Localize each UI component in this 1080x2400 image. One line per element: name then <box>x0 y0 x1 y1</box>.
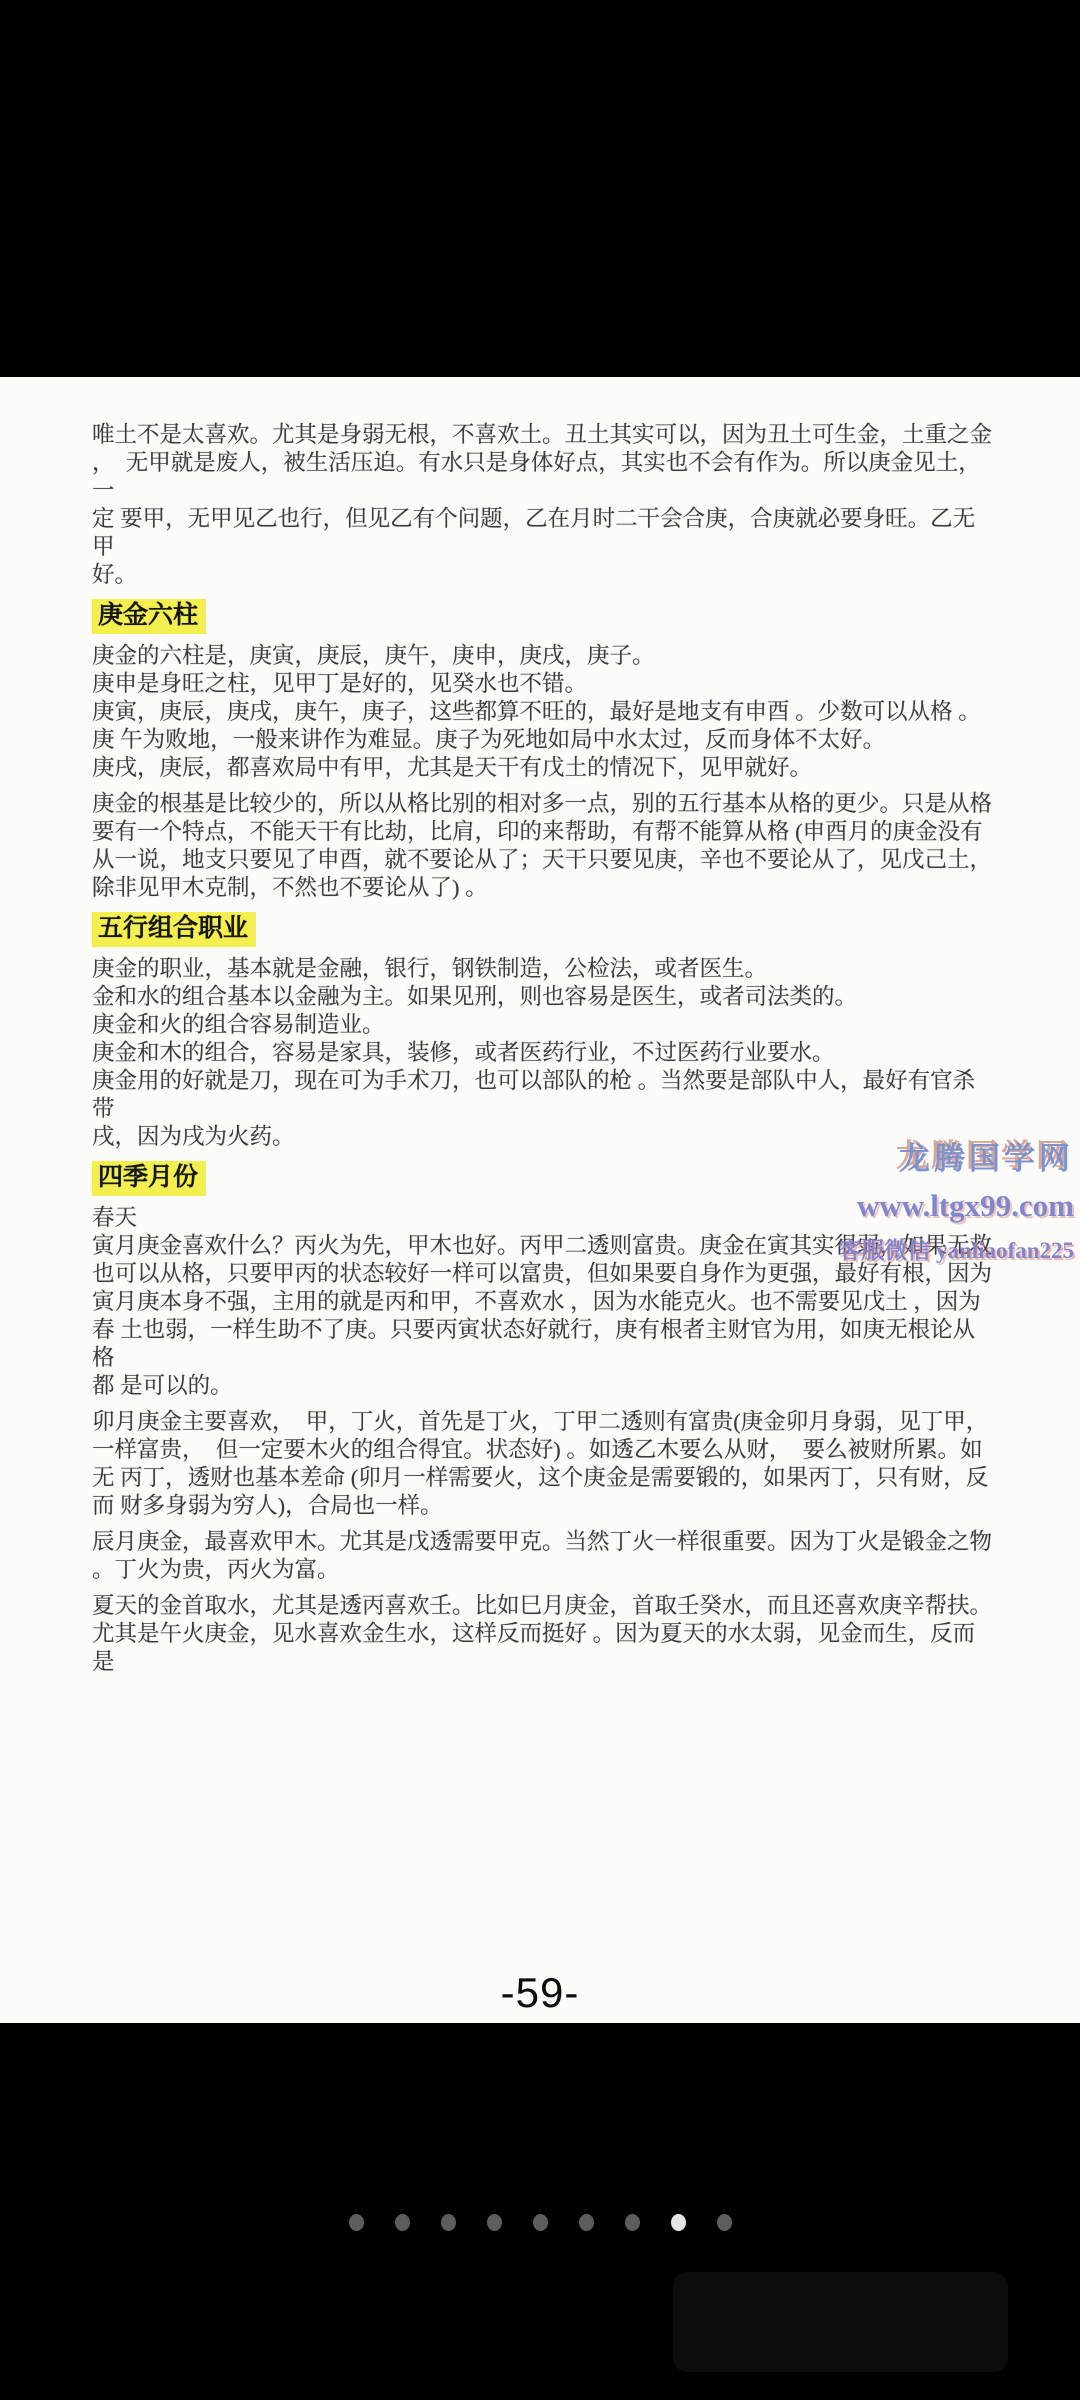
page-indicator <box>0 2214 1080 2231</box>
text-line: 唯土不是太喜欢。尤其是身弱无根，不喜欢土。丑土其实可以，因为丑土可生金，土重之金 <box>92 421 992 449</box>
text-line: 夏天的金首取水，尤其是透丙喜欢壬。比如巳月庚金，首取壬癸水，而且还喜欢庚辛帮扶。 <box>92 1592 992 1620</box>
page-dot[interactable] <box>395 2214 410 2231</box>
text-line: 从一说，地支只要见了申酉，就不要论从了；天干只要见庚，辛也不要论从了，见戊己土， <box>92 846 992 874</box>
text-line: 庚金的根基是比较少的，所以从格比别的相对多一点，别的五行基本从格的更少。只是从格 <box>92 790 992 818</box>
document-page: 唯土不是太喜欢。尤其是身弱无根，不喜欢土。丑土其实可以，因为丑土可生金，土重之金… <box>0 377 1080 2023</box>
text-line: 除非见甲木克制，不然也不要论从了) 。 <box>92 874 992 902</box>
text-line: 也可以从格，只要甲丙的状态较好一样可以富贵，但如果要自身作为更强，最好有根，因为 <box>92 1260 992 1288</box>
page-dot[interactable] <box>487 2214 502 2231</box>
text-line: 寅月庚本身不强，主用的就是丙和甲，不喜欢水 ，因为水能克火。也不需要见戊土 ，因… <box>92 1288 992 1316</box>
reader-screen: 唯土不是太喜欢。尤其是身弱无根，不喜欢土。丑土其实可以，因为丑土可生金，土重之金… <box>0 0 1080 2400</box>
text-line: 春天 <box>92 1204 992 1232</box>
section-heading-text: 庚金六柱 <box>92 599 206 634</box>
text-line: 庚金和木的组合，容易是家具，装修，或者医药行业，不过医药行业要水。 <box>92 1039 992 1067</box>
text-line: 寅月庚金喜欢什么？丙火为先，甲木也好。丙甲二透则富贵。庚金在寅其实很弱，如果无救 <box>92 1232 992 1260</box>
text-line: 要有一个特点，不能天干有比劫，比肩，印的来帮助，有帮不能算从格 (申酉月的庚金没… <box>92 818 992 846</box>
paragraph: 夏天的金首取水，尤其是透丙喜欢壬。比如巳月庚金，首取壬癸水，而且还喜欢庚辛帮扶。… <box>92 1592 992 1676</box>
section-heading-text: 四季月份 <box>92 1161 206 1196</box>
paragraph: 春天寅月庚金喜欢什么？丙火为先，甲木也好。丙甲二透则富贵。庚金在寅其实很弱，如果… <box>92 1204 992 1400</box>
text-line: 定 要甲，无甲见乙也行，但见乙有个问题，乙在月时二干会合庚，合庚就必要身旺。乙无… <box>92 505 992 561</box>
paragraph: 庚金的根基是比较少的，所以从格比别的相对多一点，别的五行基本从格的更少。只是从格… <box>92 790 992 902</box>
paragraph: 唯土不是太喜欢。尤其是身弱无根，不喜欢土。丑土其实可以，因为丑土可生金，土重之金… <box>92 421 992 589</box>
page-dot-active[interactable] <box>671 2214 686 2231</box>
text-line: 庚 午为败地，一般来讲作为难显。庚子为死地如局中水太过，反而身体不太好。 <box>92 726 992 754</box>
text-line: 辰月庚金，最喜欢甲木。尤其是戊透需要甲克。当然丁火一样很重要。因为丁火是锻金之物 <box>92 1528 992 1556</box>
paragraph: 卯月庚金主要喜欢， 甲，丁火，首先是丁火，丁甲二透则有富贵(庚金卯月身弱，见丁甲… <box>92 1408 992 1520</box>
page-dot[interactable] <box>625 2214 640 2231</box>
text-line: 庚金的职业，基本就是金融，银行，钢铁制造，公检法，或者医生。 <box>92 955 992 983</box>
section-heading: 庚金六柱 <box>92 599 992 634</box>
text-line: 无 丙丁，透财也基本差命 (卯月一样需要火，这个庚金是需要锻的，如果丙丁，只有财… <box>92 1464 992 1492</box>
text-line: 庚戌，庚辰，都喜欢局中有甲，尤其是天干有戊土的情况下，见甲就好。 <box>92 754 992 782</box>
text-line: 金和水的组合基本以金融为主。如果见刑，则也容易是医生，或者司法类的。 <box>92 983 992 1011</box>
text-line: 庚金的六柱是，庚寅，庚辰，庚午，庚申，庚戌，庚子。 <box>92 642 992 670</box>
text-line: ， 无甲就是废人，被生活压迫。有水只是身体好点，其实也不会有作为。所以庚金见土，… <box>92 449 992 505</box>
page-dot[interactable] <box>579 2214 594 2231</box>
section-heading: 五行组合职业 <box>92 912 992 947</box>
paragraph: 庚金的六柱是，庚寅，庚辰，庚午，庚申，庚戌，庚子。庚申是身旺之柱，见甲丁是好的，… <box>92 642 992 782</box>
text-line: 春 土也弱，一样生助不了庚。只要丙寅状态好就行，庚有根者主财官为用，如庚无根论从… <box>92 1316 992 1372</box>
text-line: 好。 <box>92 561 992 589</box>
text-line: 都 是可以的。 <box>92 1372 992 1400</box>
text-line: 一样富贵， 但一定要木火的组合得宜。状态好) 。如透乙木要么从财， 要么被财所累… <box>92 1436 992 1464</box>
text-line: 而 财多身弱为穷人)，合局也一样。 <box>92 1492 992 1520</box>
section-heading-text: 五行组合职业 <box>92 912 256 947</box>
page-dot[interactable] <box>349 2214 364 2231</box>
page-dot[interactable] <box>441 2214 456 2231</box>
text-line: 。丁火为贵，丙火为富。 <box>92 1556 992 1584</box>
text-line: 戌，因为戌为火药。 <box>92 1123 992 1151</box>
text-line: 庚申是身旺之柱，见甲丁是好的，见癸水也不错。 <box>92 670 992 698</box>
page-dot[interactable] <box>717 2214 732 2231</box>
text-line: 尤其是午火庚金，见水喜欢金生水，这样反而挺好 。因为夏天的水太弱，见金而生，反而… <box>92 1620 992 1676</box>
page-number: -59- <box>0 1969 1080 2017</box>
text-line: 庚金用的好就是刀，现在可为手术刀，也可以部队的枪 。当然要是部队中人，最好有官杀… <box>92 1067 992 1123</box>
paragraph: 庚金的职业，基本就是金融，银行，钢铁制造，公检法，或者医生。金和水的组合基本以金… <box>92 955 992 1151</box>
text-line: 卯月庚金主要喜欢， 甲，丁火，首先是丁火，丁甲二透则有富贵(庚金卯月身弱，见丁甲… <box>92 1408 992 1436</box>
page-dot[interactable] <box>533 2214 548 2231</box>
paragraph: 辰月庚金，最喜欢甲木。尤其是戊透需要甲克。当然丁火一样很重要。因为丁火是锻金之物… <box>92 1528 992 1584</box>
section-heading: 四季月份 <box>92 1161 992 1196</box>
text-line: 庚寅，庚辰，庚戌，庚午，庚子，这些都算不旺的，最好是地支有申酉 。少数可以从格 … <box>92 698 992 726</box>
text-line: 庚金和火的组合容易制造业。 <box>92 1011 992 1039</box>
screen-shadow-artifact <box>673 2272 1008 2372</box>
page-content: 唯土不是太喜欢。尤其是身弱无根，不喜欢土。丑土其实可以，因为丑土可生金，土重之金… <box>92 377 992 1684</box>
